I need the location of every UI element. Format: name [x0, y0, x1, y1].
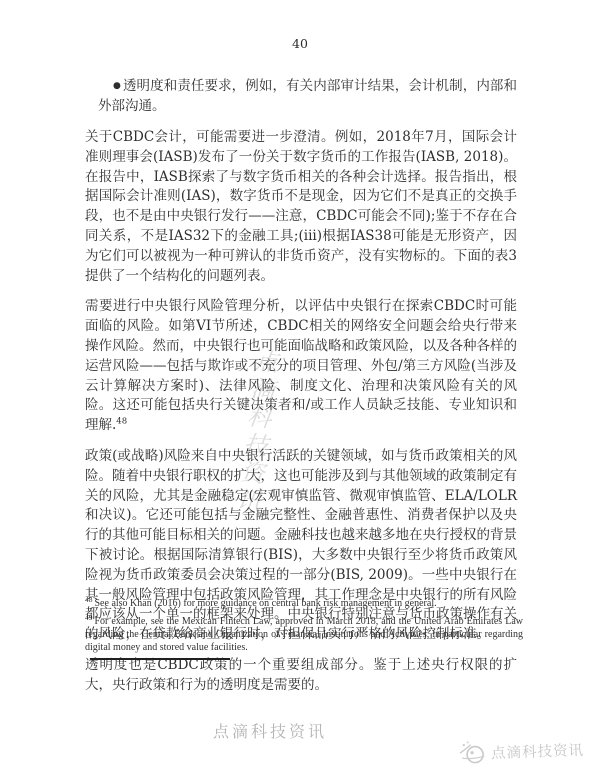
paragraph-text: 需要进行中央银行风险管理分析，以评估中央银行在探索CBDC时可能面临的风险。如第…: [85, 298, 517, 433]
footnote-text: See also Khan (2016) for more guidance o…: [95, 598, 437, 609]
footnote-48: 48See also Khan (2016) for more guidance…: [85, 597, 523, 610]
footnote-number: 48: [85, 595, 93, 604]
droplet-logo-icon: [458, 739, 489, 766]
page-number: 40: [0, 36, 600, 51]
footnote-ref-48: 48: [116, 417, 127, 427]
footnote-49: 49For example, see the Mexican Fintech L…: [85, 615, 523, 654]
document-page: 点滴科技资讯 40 ●透明度和责任要求，例如，有关内部审计结果，会计机制，内部和…: [0, 0, 600, 776]
bullet-text: 透明度和责任要求，例如，有关内部审计结果，会计机制，内部和外部沟通。: [98, 78, 517, 114]
paragraph-risk-management: 需要进行中央银行风险管理分析，以评估中央银行在探索CBDC时可能面临的风险。如第…: [85, 297, 517, 436]
bottom-center-watermark: 点滴科技资讯: [213, 719, 327, 742]
bullet-icon: ●: [113, 81, 121, 91]
paragraph-text: 关于CBDC会计，可能需要进一步澄清。例如，2018年7月，国际会计准则理事会(…: [85, 129, 517, 284]
footnote-text: For example, see the Mexican Fintech Law…: [85, 616, 523, 653]
bottom-right-watermark-text: 点滴科技资讯: [491, 738, 585, 762]
bullet-item: ●透明度和责任要求，例如，有关内部审计结果，会计机制，内部和外部沟通。: [98, 76, 517, 116]
paragraph-cbdc-accounting: 关于CBDC会计，可能需要进一步澄清。例如，2018年7月，国际会计准则理事会(…: [85, 128, 517, 286]
footnotes-section: 48See also Khan (2016) for more guidance…: [85, 597, 523, 659]
paragraph-transparency: 透明度也是CBDC政策的一个重要组成部分。鉴于上述央行权限的扩大，央行政策和行为…: [85, 656, 517, 696]
footnote-number: 49: [85, 613, 93, 622]
footnote-separator-rule: [90, 658, 230, 660]
bottom-right-watermark: 点滴科技资讯: [458, 736, 585, 766]
paragraph-text: 透明度也是CBDC政策的一个重要组成部分。鉴于上述央行权限的扩大，央行政策和行为…: [85, 657, 517, 693]
